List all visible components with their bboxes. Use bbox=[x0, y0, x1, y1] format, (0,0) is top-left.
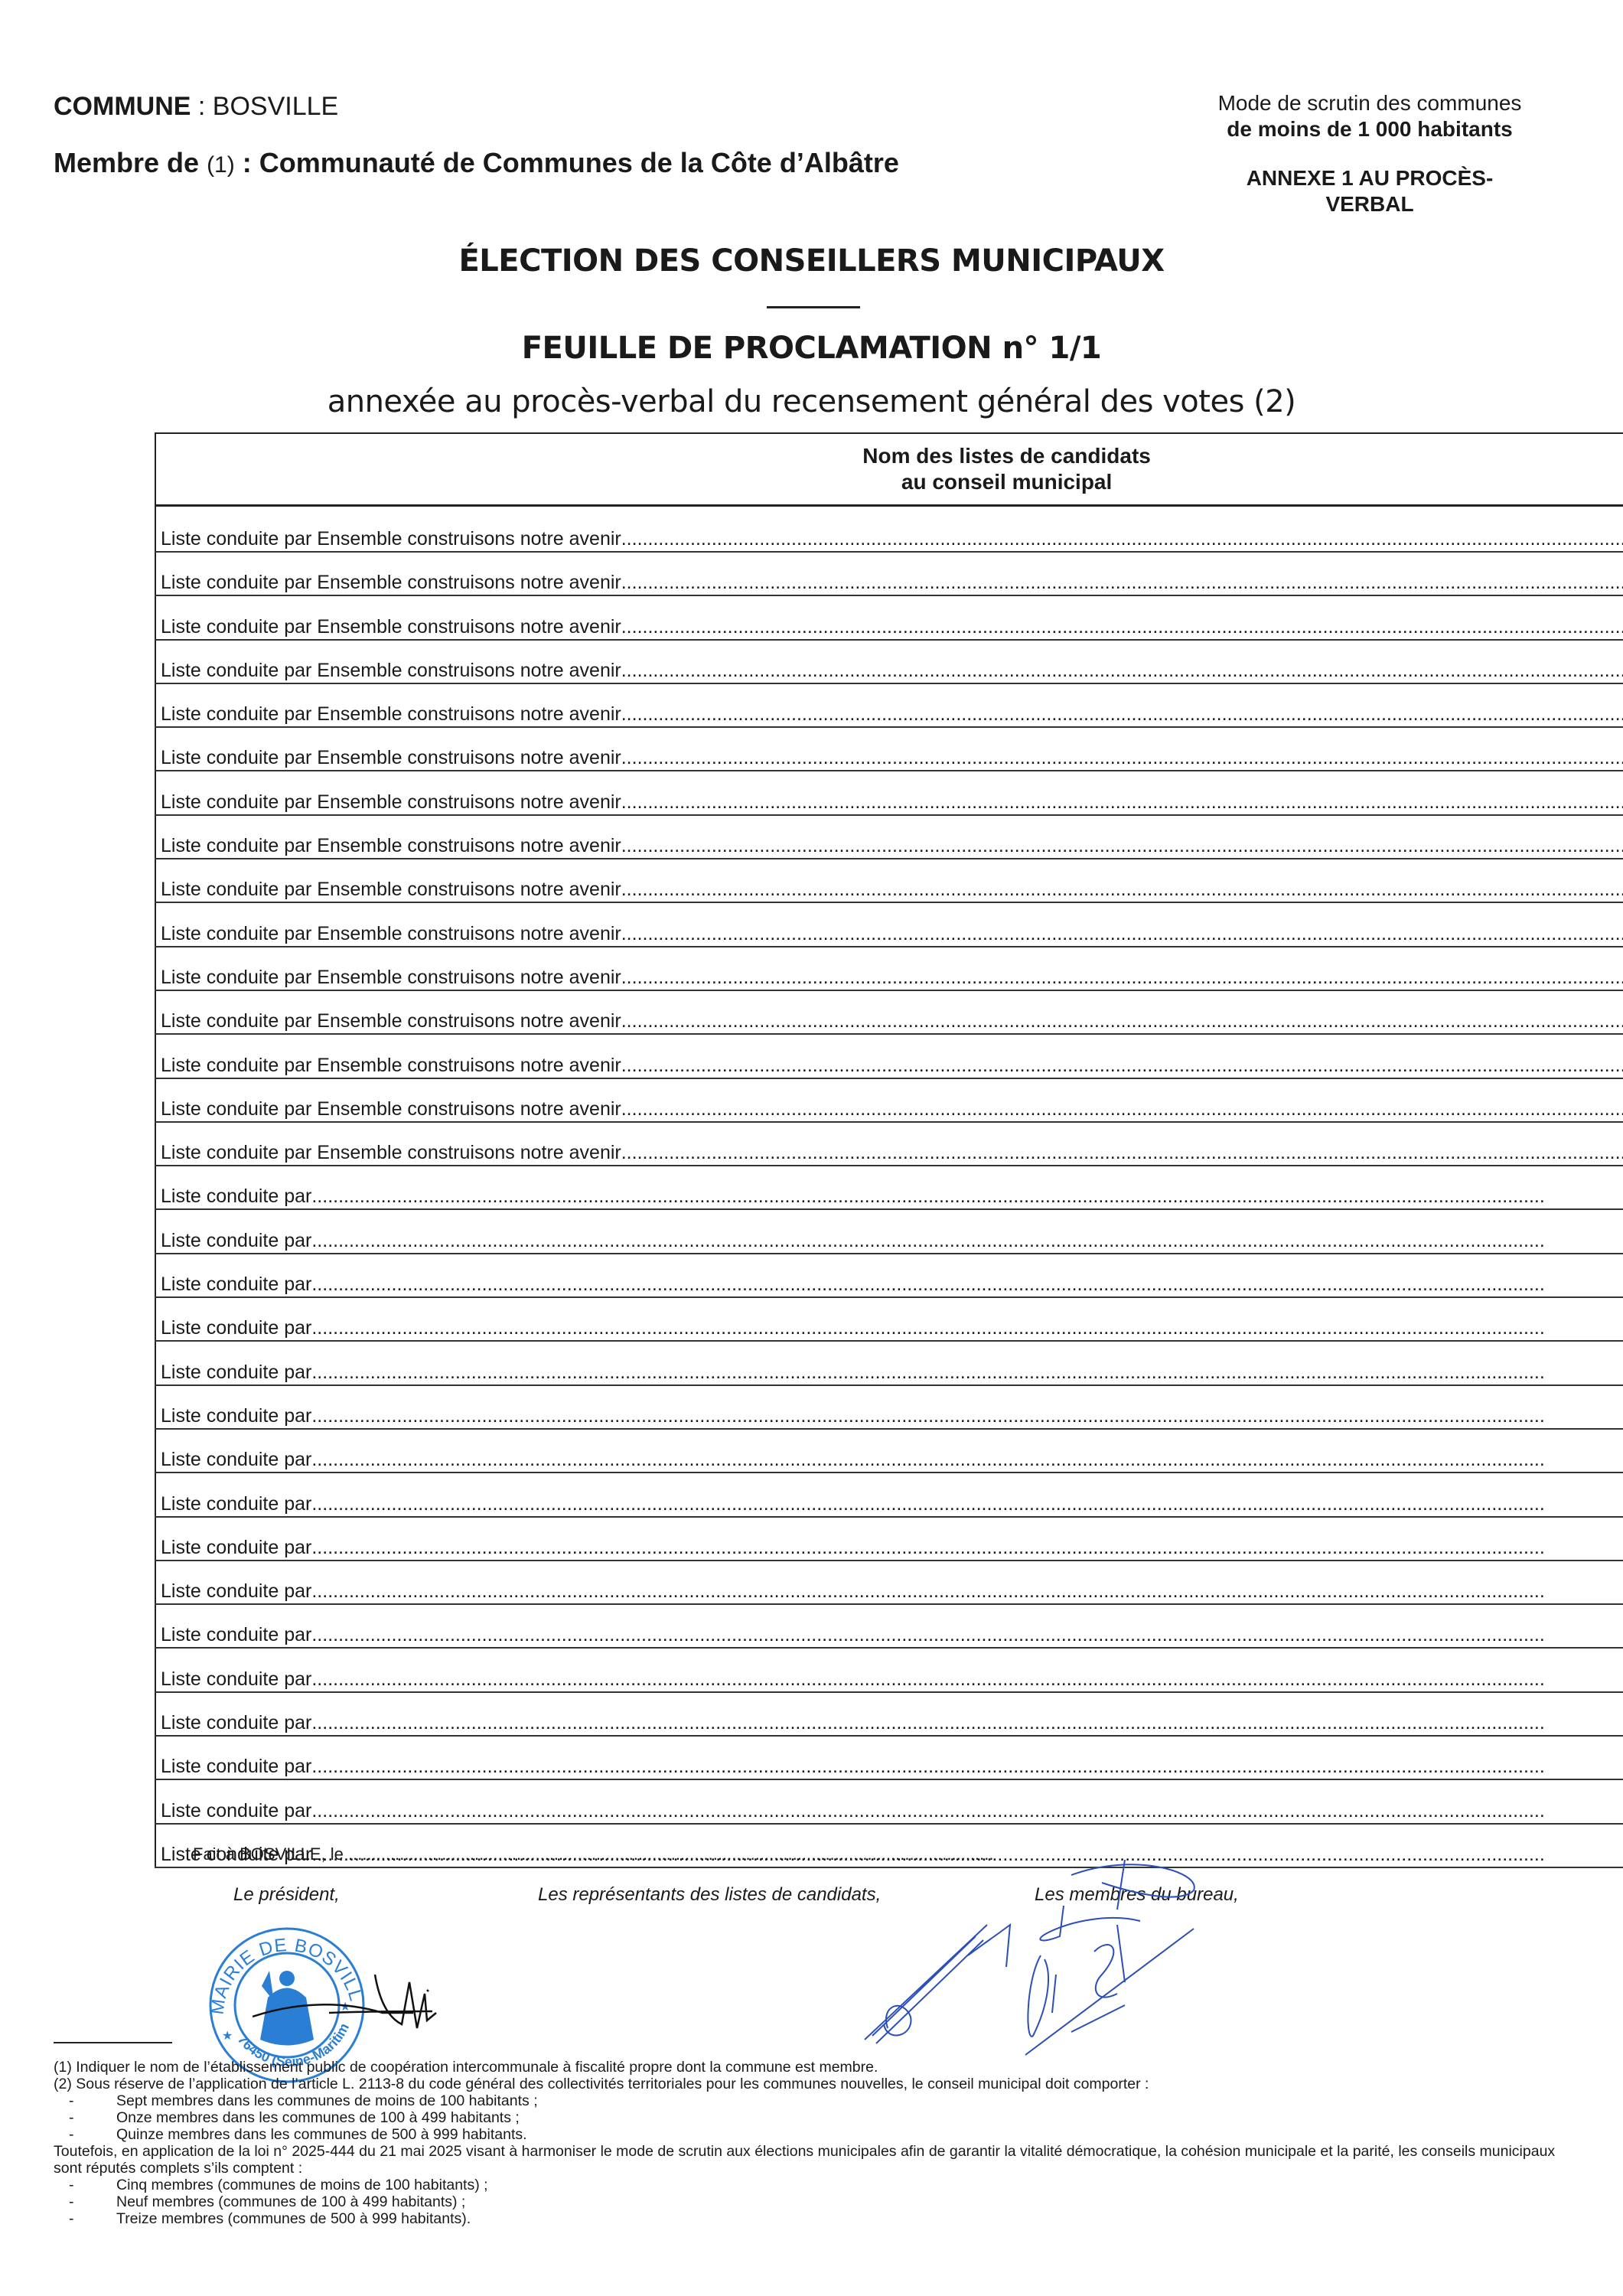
list-name-cell[interactable]: Liste conduite par bbox=[155, 1341, 1623, 1384]
list-name-cell-text: Liste conduite par bbox=[161, 1274, 311, 1295]
list-name-cell[interactable]: Liste conduite par Ensemble construisons… bbox=[155, 506, 1623, 553]
list-name-cell-text: Liste conduite par bbox=[161, 1493, 311, 1515]
footnote-list-item: -Quinze membres dans les communes de 500… bbox=[54, 2126, 1569, 2143]
list-name-cell-text: Liste conduite par bbox=[161, 1580, 311, 1602]
dotted-fill bbox=[621, 528, 1623, 550]
table-row: Liste conduite par Ensemble construisons… bbox=[155, 552, 1623, 595]
list-dash: - bbox=[54, 2210, 116, 2227]
list-name-cell-text: Liste conduite par Ensemble construisons… bbox=[161, 616, 621, 638]
proclamation-table: Nom des listes de candidats au conseil m… bbox=[155, 432, 1623, 1868]
document-title: ÉLECTION DES CONSEILLERS MUNICIPAUX bbox=[0, 243, 1623, 279]
list-name-cell[interactable]: Liste conduite par Ensemble construisons… bbox=[155, 859, 1623, 902]
list-item-text: Sept membres dans les communes de moins … bbox=[116, 2092, 538, 2109]
list-name-cell[interactable]: Liste conduite par Ensemble construisons… bbox=[155, 595, 1623, 639]
list-name-cell-text: Liste conduite par Ensemble construisons… bbox=[161, 835, 621, 856]
signature-label-president: Le président, bbox=[233, 1884, 340, 1906]
dotted-fill bbox=[311, 1230, 1623, 1251]
list-name-cell[interactable]: Liste conduite par Ensemble construisons… bbox=[155, 771, 1623, 814]
list-name-cell[interactable]: Liste conduite par bbox=[155, 1736, 1623, 1779]
dotted-fill bbox=[621, 967, 1623, 988]
footnote-toutefois: Toutefois, en application de la loi n° 2… bbox=[54, 2143, 1569, 2177]
list-name-cell-text: Liste conduite par Ensemble construisons… bbox=[161, 660, 621, 681]
dotted-fill bbox=[311, 1624, 1623, 1645]
voting-mode-note: Mode de scrutin des communes de moins de… bbox=[1194, 90, 1546, 142]
list-name-cell-text: Liste conduite par Ensemble construisons… bbox=[161, 1098, 621, 1120]
member-footnote-ref: (1) bbox=[207, 152, 235, 178]
list-dash: - bbox=[54, 2126, 116, 2143]
dotted-fill bbox=[311, 1668, 1623, 1690]
table-row: Liste conduite par bbox=[155, 1209, 1623, 1253]
table-row: Liste conduite par Ensemble construisons… bbox=[155, 1122, 1623, 1166]
dotted-fill bbox=[621, 879, 1623, 900]
table-row: Liste conduite par Ensemble construisons… bbox=[155, 1078, 1623, 1122]
dotted-fill bbox=[621, 835, 1623, 856]
table-row: Liste conduite par Ensemble construisons… bbox=[155, 683, 1623, 727]
list-name-cell[interactable]: Liste conduite par bbox=[155, 1648, 1623, 1691]
list-name-cell-text: Liste conduite par bbox=[161, 1537, 311, 1558]
table-row: Liste conduite par bbox=[155, 1779, 1623, 1823]
annexe-label: ANNEXE 1 AU PROCÈS- VERBAL bbox=[1217, 165, 1523, 217]
list-name-cell[interactable]: Liste conduite par bbox=[155, 1692, 1623, 1736]
table-body: Liste conduite par Ensemble construisons… bbox=[155, 506, 1623, 1867]
table-row: Liste conduite par Ensemble construisons… bbox=[155, 1034, 1623, 1078]
dotted-fill bbox=[311, 1362, 1623, 1383]
list-name-cell-text: Liste conduite par Ensemble construisons… bbox=[161, 703, 621, 725]
table-row: Liste conduite par bbox=[155, 1166, 1623, 1209]
sheet-subtitle: annexée au procès-verbal du recensement … bbox=[0, 384, 1623, 419]
dotted-fill bbox=[311, 1317, 1623, 1339]
list-name-cell[interactable]: Liste conduite par Ensemble construisons… bbox=[155, 727, 1623, 771]
dotted-fill bbox=[311, 1712, 1623, 1733]
dotted-fill bbox=[621, 616, 1623, 638]
dotted-fill bbox=[621, 660, 1623, 681]
column-header-lists-line-2: au conseil municipal bbox=[156, 469, 1623, 495]
list-item-text: Cinq membres (communes de moins de 100 h… bbox=[116, 2177, 488, 2193]
list-name-cell[interactable]: Liste conduite par Ensemble construisons… bbox=[155, 640, 1623, 683]
list-dash: - bbox=[54, 2109, 116, 2126]
table-row: Liste conduite par Ensemble construisons… bbox=[155, 815, 1623, 859]
dotted-fill bbox=[311, 1405, 1623, 1427]
dotted-fill bbox=[621, 703, 1623, 725]
table-row: Liste conduite par Ensemble construisons… bbox=[155, 859, 1623, 902]
sheet-title: FEUILLE DE PROCLAMATION n° 1/1 bbox=[0, 331, 1623, 366]
footnote-list-item: -Sept membres dans les communes de moins… bbox=[54, 2092, 1569, 2109]
table-row: Liste conduite par bbox=[155, 1297, 1623, 1341]
svg-text:★: ★ bbox=[222, 2028, 233, 2043]
dotted-fill bbox=[311, 1493, 1623, 1515]
dotted-fill bbox=[311, 1537, 1623, 1558]
member-line: Membre de (1) : Communauté de Communes d… bbox=[54, 147, 899, 179]
table-row: Liste conduite par Ensemble construisons… bbox=[155, 902, 1623, 946]
table-row: Liste conduite par bbox=[155, 1517, 1623, 1561]
list-name-cell[interactable]: Liste conduite par Ensemble construisons… bbox=[155, 1078, 1623, 1122]
list-name-cell-text: Liste conduite par bbox=[161, 1756, 311, 1777]
list-name-cell-text: Liste conduite par Ensemble construisons… bbox=[161, 791, 621, 813]
table-row: Liste conduite par bbox=[155, 1429, 1623, 1473]
column-header-lists-line-1: Nom des listes de candidats bbox=[156, 443, 1623, 469]
list-name-cell[interactable]: Liste conduite par Ensemble construisons… bbox=[155, 902, 1623, 946]
dotted-fill bbox=[311, 1186, 1623, 1207]
footnote-toutefois-list: -Cinq membres (communes de moins de 100 … bbox=[54, 2177, 1569, 2227]
list-name-cell[interactable]: Liste conduite par bbox=[155, 1166, 1623, 1209]
list-name-cell-text: Liste conduite par bbox=[161, 1668, 311, 1690]
list-name-cell-text: Liste conduite par Ensemble construisons… bbox=[161, 572, 621, 593]
signature-label-representatives: Les représentants des listes de candidat… bbox=[538, 1884, 881, 1906]
dotted-fill bbox=[621, 1010, 1623, 1032]
column-header-lists: Nom des listes de candidats au conseil m… bbox=[155, 433, 1623, 506]
list-name-cell[interactable]: Liste conduite par bbox=[155, 1297, 1623, 1341]
member-value: Communauté de Communes de la Côte d’Albâ… bbox=[259, 147, 899, 178]
dotted-fill bbox=[621, 923, 1623, 944]
list-name-cell-text: Liste conduite par Ensemble construisons… bbox=[161, 967, 621, 988]
title-divider bbox=[767, 306, 860, 308]
dotted-fill bbox=[621, 572, 1623, 593]
footnote-list-item: -Treize membres (communes de 500 à 999 h… bbox=[54, 2210, 1569, 2227]
table-row: Liste conduite par Ensemble construisons… bbox=[155, 990, 1623, 1034]
list-name-cell-text: Liste conduite par Ensemble construisons… bbox=[161, 1055, 621, 1076]
commune-label: COMMUNE bbox=[54, 92, 191, 121]
table-row: Liste conduite par bbox=[155, 1254, 1623, 1297]
bureau-signatures-icon bbox=[842, 1852, 1623, 2082]
dotted-fill bbox=[311, 1449, 1623, 1470]
list-name-cell[interactable]: Liste conduite par Ensemble construisons… bbox=[155, 683, 1623, 727]
footnote-list-item: -Neuf membres (communes de 100 à 499 hab… bbox=[54, 2193, 1569, 2210]
list-name-cell-text: Liste conduite par bbox=[161, 1405, 311, 1427]
table-row: Liste conduite par Ensemble construisons… bbox=[155, 947, 1623, 990]
list-dash: - bbox=[54, 2092, 116, 2109]
member-separator: : bbox=[235, 147, 259, 178]
footnote-2: (2) Sous réserve de l’application de l’a… bbox=[54, 2076, 1569, 2092]
commune-value: BOSVILLE bbox=[213, 92, 338, 121]
table-row: Liste conduite par bbox=[155, 1692, 1623, 1736]
list-name-cell-text: Liste conduite par Ensemble construisons… bbox=[161, 1010, 621, 1032]
table-row: Liste conduite par bbox=[155, 1385, 1623, 1429]
list-name-cell[interactable]: Liste conduite par bbox=[155, 1473, 1623, 1516]
president-signature-icon bbox=[253, 1959, 497, 2051]
table-row: Liste conduite par Ensemble construisons… bbox=[155, 727, 1623, 771]
list-name-cell[interactable]: Liste conduite par bbox=[155, 1779, 1623, 1823]
dotted-fill bbox=[621, 1098, 1623, 1120]
list-name-cell[interactable]: Liste conduite par Ensemble construisons… bbox=[155, 552, 1623, 595]
list-name-cell-text: Liste conduite par bbox=[161, 1362, 311, 1383]
list-name-cell-text: Liste conduite par Ensemble construisons… bbox=[161, 923, 621, 944]
list-name-cell-text: Liste conduite par bbox=[161, 1712, 311, 1733]
place-label: Fait à BOSVILLE, le bbox=[193, 1844, 348, 1864]
dotted-fill bbox=[311, 1800, 1623, 1821]
list-name-cell-text: Liste conduite par Ensemble construisons… bbox=[161, 1142, 621, 1163]
list-name-cell[interactable]: Liste conduite par Ensemble construisons… bbox=[155, 1122, 1623, 1166]
list-name-cell[interactable]: Liste conduite par bbox=[155, 1604, 1623, 1648]
footnote-divider bbox=[54, 2042, 172, 2043]
list-name-cell-text: Liste conduite par Ensemble construisons… bbox=[161, 879, 621, 900]
list-name-cell-text: Liste conduite par bbox=[161, 1800, 311, 1821]
dotted-fill bbox=[621, 1055, 1623, 1076]
dotted-fill bbox=[621, 1142, 1623, 1163]
commune-line: COMMUNE : BOSVILLE bbox=[54, 92, 338, 122]
table-row: Liste conduite par Ensemble construisons… bbox=[155, 506, 1623, 553]
dotted-fill bbox=[621, 747, 1623, 768]
list-name-cell[interactable]: Liste conduite par bbox=[155, 1561, 1623, 1604]
list-name-cell[interactable]: Liste conduite par bbox=[155, 1429, 1623, 1473]
footnote-2-list: -Sept membres dans les communes de moins… bbox=[54, 2092, 1569, 2143]
list-dash: - bbox=[54, 2177, 116, 2193]
list-name-cell[interactable]: Liste conduite par Ensemble construisons… bbox=[155, 1034, 1623, 1078]
list-item-text: Neuf membres (communes de 100 à 499 habi… bbox=[116, 2193, 465, 2210]
list-name-cell[interactable]: Liste conduite par Ensemble construisons… bbox=[155, 990, 1623, 1034]
footnote-1: (1) Indiquer le nom de l’établissement p… bbox=[54, 2059, 1569, 2076]
list-item-text: Onze membres dans les communes de 100 à … bbox=[116, 2109, 520, 2126]
list-name-cell[interactable]: Liste conduite par Ensemble construisons… bbox=[155, 815, 1623, 859]
list-name-cell[interactable]: Liste conduite par bbox=[155, 1254, 1623, 1297]
list-item-text: Quinze membres dans les communes de 500 … bbox=[116, 2126, 527, 2143]
annexe-line-1: ANNEXE 1 AU PROCÈS- bbox=[1217, 165, 1523, 191]
list-name-cell[interactable]: Liste conduite par bbox=[155, 1209, 1623, 1253]
dotted-fill bbox=[311, 1756, 1623, 1777]
list-name-cell-text: Liste conduite par bbox=[161, 1317, 311, 1339]
list-name-cell-text: Liste conduite par Ensemble construisons… bbox=[161, 747, 621, 768]
list-name-cell-text: Liste conduite par bbox=[161, 1186, 311, 1207]
table-row: Liste conduite par Ensemble construisons… bbox=[155, 771, 1623, 814]
list-name-cell[interactable]: Liste conduite par Ensemble construisons… bbox=[155, 947, 1623, 990]
footnote-list-item: -Onze membres dans les communes de 100 à… bbox=[54, 2109, 1569, 2126]
table-row: Liste conduite par bbox=[155, 1648, 1623, 1691]
table-row: Liste conduite par Ensemble construisons… bbox=[155, 640, 1623, 683]
list-name-cell-text: Liste conduite par bbox=[161, 1449, 311, 1470]
annexe-line-2: VERBAL bbox=[1217, 191, 1523, 217]
footnotes: (1) Indiquer le nom de l’établissement p… bbox=[54, 2059, 1569, 2227]
table-row: Liste conduite par bbox=[155, 1561, 1623, 1604]
commune-separator: : bbox=[191, 92, 212, 121]
table-row: Liste conduite par bbox=[155, 1341, 1623, 1384]
list-name-cell-text: Liste conduite par bbox=[161, 1624, 311, 1645]
table-row: Liste conduite par bbox=[155, 1736, 1623, 1779]
voting-mode-line-2: de moins de 1 000 habitants bbox=[1194, 116, 1546, 142]
list-name-cell-text: Liste conduite par Ensemble construisons… bbox=[161, 528, 621, 550]
dotted-fill bbox=[311, 1580, 1623, 1602]
dotted-fill bbox=[311, 1274, 1623, 1295]
dotted-fill bbox=[621, 791, 1623, 813]
list-dash: - bbox=[54, 2193, 116, 2210]
table-row: Liste conduite par bbox=[155, 1473, 1623, 1516]
table-row: Liste conduite par Ensemble construisons… bbox=[155, 595, 1623, 639]
table-row: Liste conduite par bbox=[155, 1604, 1623, 1648]
list-name-cell-text: Liste conduite par bbox=[161, 1230, 311, 1251]
list-item-text: Treize membres (communes de 500 à 999 ha… bbox=[116, 2210, 471, 2227]
list-name-cell[interactable]: Liste conduite par bbox=[155, 1517, 1623, 1561]
footnote-list-item: -Cinq membres (communes de moins de 100 … bbox=[54, 2177, 1569, 2193]
table-header-row: Nom des listes de candidats au conseil m… bbox=[155, 433, 1623, 506]
list-name-cell[interactable]: Liste conduite par bbox=[155, 1385, 1623, 1429]
voting-mode-line-1: Mode de scrutin des communes bbox=[1194, 90, 1546, 116]
member-label: Membre de bbox=[54, 147, 207, 178]
